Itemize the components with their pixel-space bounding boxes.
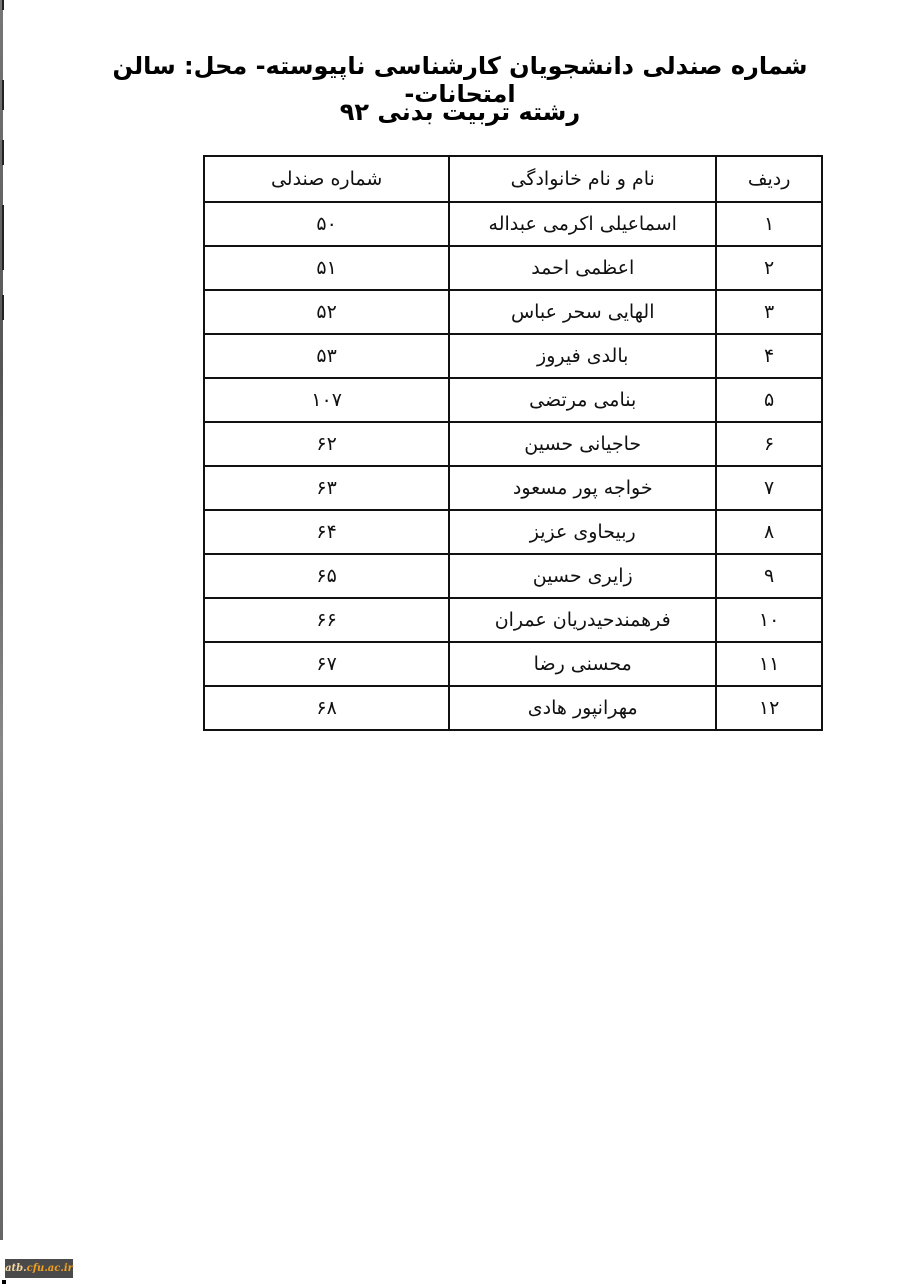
table-header-row: ردیف نام و نام خانوادگی شماره صندلی xyxy=(204,156,822,202)
row-number: ۱۱ xyxy=(716,642,822,686)
table-row: ۲ اعظمی احمد ۵۱ xyxy=(204,246,822,290)
table-row: ۹ زایری حسین ۶۵ xyxy=(204,554,822,598)
row-number: ۲ xyxy=(716,246,822,290)
row-number: ۹ xyxy=(716,554,822,598)
student-name: بالدی فیروز xyxy=(449,334,716,378)
document-subtitle: رشته تربیت بدنی ۹۲ xyxy=(160,98,760,126)
header-seat-number: شماره صندلی xyxy=(204,156,449,202)
student-name: مهرانپور هادی xyxy=(449,686,716,730)
student-name: بنامی مرتضی xyxy=(449,378,716,422)
scan-edge-mark xyxy=(2,295,4,320)
student-name: حاجیانی حسین xyxy=(449,422,716,466)
student-name: ربیحاوی عزیز xyxy=(449,510,716,554)
seat-number: ۶۶ xyxy=(204,598,449,642)
row-number: ۶ xyxy=(716,422,822,466)
header-row-number: ردیف xyxy=(716,156,822,202)
student-name: زایری حسین xyxy=(449,554,716,598)
student-name: محسنی رضا xyxy=(449,642,716,686)
table-row: ۴ بالدی فیروز ۵۳ xyxy=(204,334,822,378)
row-number: ۱ xyxy=(716,202,822,246)
seat-number: ۱۰۷ xyxy=(204,378,449,422)
scan-edge-mark xyxy=(2,140,4,165)
table-row: ۵ بنامی مرتضی ۱۰۷ xyxy=(204,378,822,422)
student-name: فرهمندحیدریان عمران xyxy=(449,598,716,642)
row-number: ۵ xyxy=(716,378,822,422)
scan-dot xyxy=(2,1280,6,1284)
watermark-prefix: atb. xyxy=(5,1263,27,1274)
student-name: الهایی سحر عباس xyxy=(449,290,716,334)
row-number: ۳ xyxy=(716,290,822,334)
scan-edge-mark xyxy=(2,205,4,270)
seat-number: ۶۴ xyxy=(204,510,449,554)
table-row: ۱۱ محسنی رضا ۶۷ xyxy=(204,642,822,686)
table-row: ۳ الهایی سحر عباس ۵۲ xyxy=(204,290,822,334)
table-row: ۸ ربیحاوی عزیز ۶۴ xyxy=(204,510,822,554)
row-number: ۱۰ xyxy=(716,598,822,642)
seat-number: ۶۸ xyxy=(204,686,449,730)
seat-number: ۶۲ xyxy=(204,422,449,466)
scan-edge-mark xyxy=(2,0,4,10)
scan-edge-mark xyxy=(2,80,4,110)
student-name: اعظمی احمد xyxy=(449,246,716,290)
table-row: ۱۰ فرهمندحیدریان عمران ۶۶ xyxy=(204,598,822,642)
site-watermark: atb.cfu.ac.ir xyxy=(5,1259,73,1278)
scan-edge-line xyxy=(0,0,3,1240)
table-row: ۷ خواجه پور مسعود ۶۳ xyxy=(204,466,822,510)
student-name: خواجه پور مسعود xyxy=(449,466,716,510)
header-full-name: نام و نام خانوادگی xyxy=(449,156,716,202)
seat-number: ۶۵ xyxy=(204,554,449,598)
seat-number: ۵۲ xyxy=(204,290,449,334)
seat-number: ۵۳ xyxy=(204,334,449,378)
table-row: ۱ اسماعیلی اکرمی عبداله ۵۰ xyxy=(204,202,822,246)
row-number: ۱۲ xyxy=(716,686,822,730)
row-number: ۷ xyxy=(716,466,822,510)
seat-number: ۶۳ xyxy=(204,466,449,510)
seat-number: ۵۰ xyxy=(204,202,449,246)
seat-number: ۵۱ xyxy=(204,246,449,290)
seat-number: ۶۷ xyxy=(204,642,449,686)
watermark-domain: cfu.ac.ir xyxy=(27,1263,73,1274)
seat-assignment-table: ردیف نام و نام خانوادگی شماره صندلی ۱ اس… xyxy=(203,155,823,731)
table-row: ۶ حاجیانی حسین ۶۲ xyxy=(204,422,822,466)
table-row: ۱۲ مهرانپور هادی ۶۸ xyxy=(204,686,822,730)
student-name: اسماعیلی اکرمی عبداله xyxy=(449,202,716,246)
row-number: ۴ xyxy=(716,334,822,378)
row-number: ۸ xyxy=(716,510,822,554)
